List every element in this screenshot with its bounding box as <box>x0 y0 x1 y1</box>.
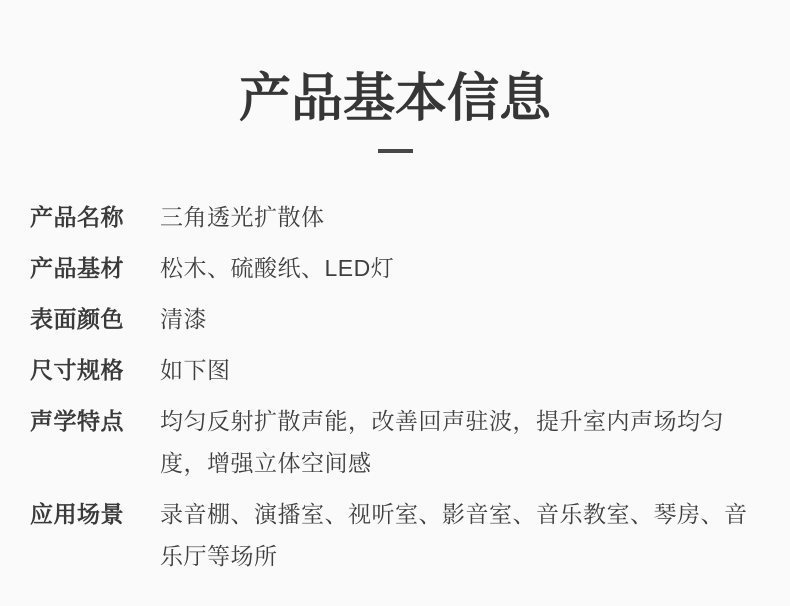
info-label: 声学特点 <box>30 400 160 442</box>
info-row-base-material: 产品基材 松木、硫酸纸、LED灯 <box>30 247 760 289</box>
info-row-surface-color: 表面颜色 清漆 <box>30 298 760 340</box>
title-divider <box>378 149 413 153</box>
info-label: 产品名称 <box>30 196 160 238</box>
info-row-acoustic-features: 声学特点 均匀反射扩散声能，改善回声驻波，提升室内声场均匀度，增强立体空间感 <box>30 400 760 484</box>
product-info-list: 产品名称 三角透光扩散体 产品基材 松木、硫酸纸、LED灯 表面颜色 清漆 尺寸… <box>30 196 760 577</box>
info-value: 如下图 <box>160 349 760 391</box>
info-label: 表面颜色 <box>30 298 160 340</box>
info-row-size-spec: 尺寸规格 如下图 <box>30 349 760 391</box>
info-value: 三角透光扩散体 <box>160 196 760 238</box>
info-value: 松木、硫酸纸、LED灯 <box>160 247 760 289</box>
info-value: 清漆 <box>160 298 760 340</box>
info-label: 应用场景 <box>30 493 160 535</box>
info-value: 均匀反射扩散声能，改善回声驻波，提升室内声场均匀度，增强立体空间感 <box>160 400 760 484</box>
info-label: 产品基材 <box>30 247 160 289</box>
info-value: 录音棚、演播室、视听室、影音室、音乐教室、琴房、音乐厅等场所 <box>160 493 760 577</box>
info-label: 尺寸规格 <box>30 349 160 391</box>
info-row-product-name: 产品名称 三角透光扩散体 <box>30 196 760 238</box>
product-info-page: 产品基本信息 产品名称 三角透光扩散体 产品基材 松木、硫酸纸、LED灯 表面颜… <box>0 0 790 606</box>
info-row-application-scenarios: 应用场景 录音棚、演播室、视听室、影音室、音乐教室、琴房、音乐厅等场所 <box>30 493 760 577</box>
page-title: 产品基本信息 <box>0 0 790 130</box>
